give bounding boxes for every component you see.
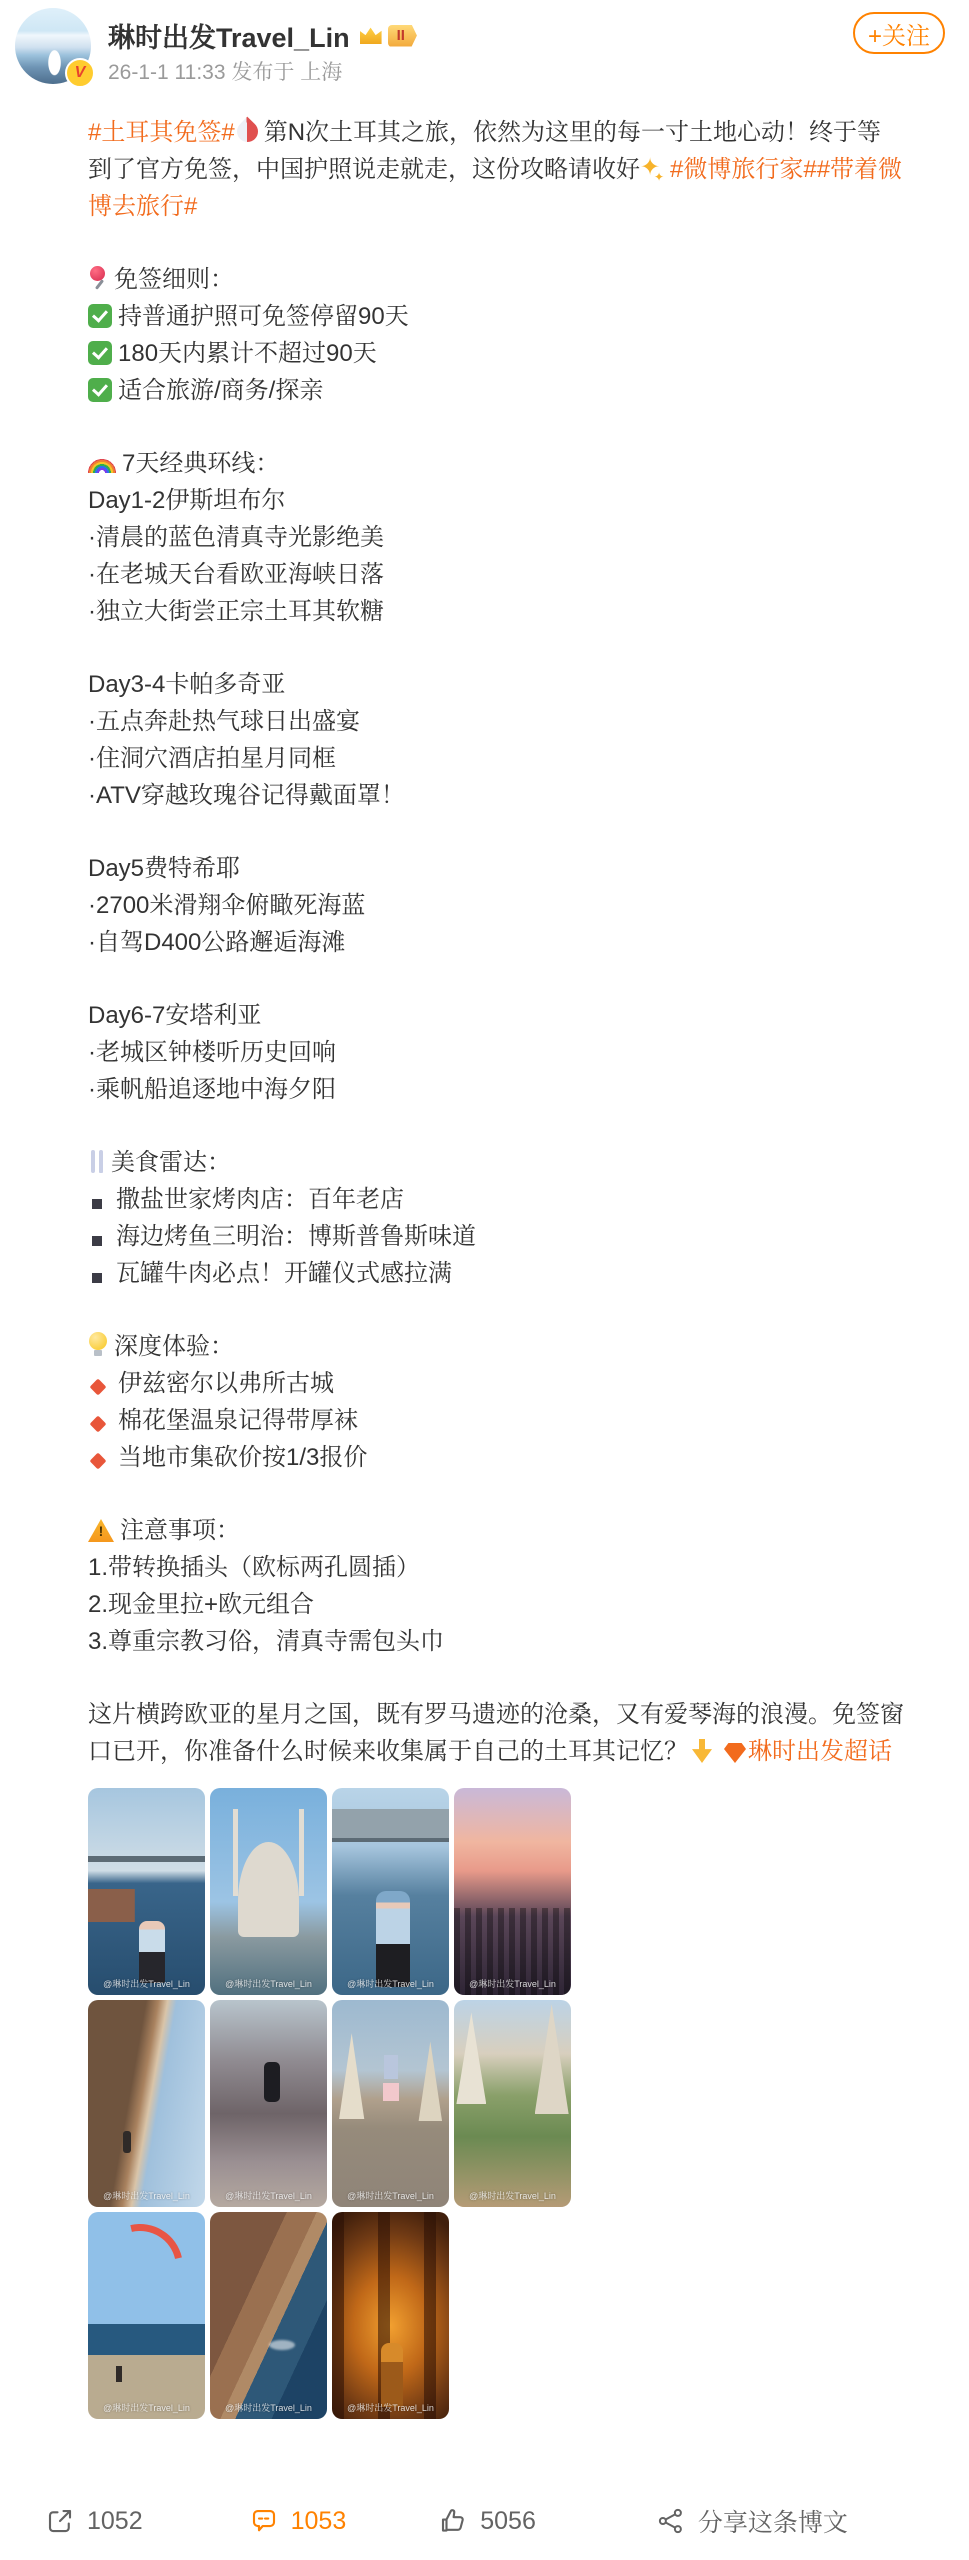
- post-paragraph: 深度体验：伊兹密尔以弗所古城棉花堡温泉记得带厚袜当地市集砍价按1/3报价: [88, 1328, 905, 1476]
- image-watermark: @琳时出发Travel_Lin: [332, 2189, 449, 2202]
- point-down-icon: [692, 1739, 712, 1763]
- post-text: 7天经典环线：: [122, 450, 279, 477]
- post-text: Day5费特希耶: [88, 855, 240, 882]
- action-bar: 1052 1053 5056 分享这条博文: [45, 2503, 969, 2539]
- username[interactable]: 琳时出发Travel_Lin: [108, 16, 350, 55]
- hashtag-link[interactable]: #土耳其免签#: [88, 119, 235, 146]
- hashtag-link[interactable]: #微博旅行家#: [670, 156, 817, 183]
- post-paragraph: 注意事项：1.带转换插头（欧标两孔圆插）2.现金里拉+欧元组合3.尊重宗教习俗，…: [88, 1512, 905, 1660]
- gallery-image-ortakoy-mosque[interactable]: @琳时出发Travel_Lin: [210, 1788, 327, 1995]
- bulb-icon: [88, 1332, 108, 1358]
- check-icon: [88, 304, 112, 328]
- gallery-image-paraglider-beach[interactable]: @琳时出发Travel_Lin: [88, 2212, 205, 2419]
- repost-icon: [45, 2506, 75, 2536]
- vip-level-badge: II: [388, 25, 417, 47]
- post-text: ·清晨的蓝色清真寺光影绝美: [88, 524, 384, 551]
- post-text: 海边烤鱼三明治：博斯普鲁斯味道: [116, 1223, 476, 1250]
- post-text: 棉花堡温泉记得带厚袜: [118, 1407, 358, 1434]
- post-text: 撒盐世家烤肉店：百年老店: [116, 1186, 404, 1213]
- like-count: 5056: [480, 2507, 536, 2536]
- comment-button[interactable]: 1053: [249, 2506, 347, 2536]
- gallery-image-orange-stone-hall-girl[interactable]: @琳时出发Travel_Lin: [332, 2212, 449, 2419]
- verified-badge-icon: V: [65, 58, 95, 88]
- post-text: 180天内累计不超过90天: [118, 340, 377, 367]
- image-gallery: @琳时出发Travel_Lin@琳时出发Travel_Lin@琳时出发Trave…: [88, 1788, 576, 2419]
- check-icon: [88, 378, 112, 402]
- image-watermark: @琳时出发Travel_Lin: [210, 2189, 327, 2202]
- follow-button[interactable]: +关注: [853, 12, 945, 54]
- post-text: Day1-2伊斯坦布尔: [88, 487, 285, 514]
- post-paragraph: 这片横跨欧亚的星月之国，既有罗马遗迹的沧桑，又有爱琴海的浪漫。免签窗口已开，你准…: [88, 1696, 905, 1770]
- image-watermark: @琳时出发Travel_Lin: [88, 2401, 205, 2414]
- like-button[interactable]: 5056: [438, 2506, 536, 2536]
- gallery-image-sea-cliff-rocks[interactable]: @琳时出发Travel_Lin: [210, 2212, 327, 2419]
- sparkles-icon: [640, 155, 664, 181]
- post-content: #土耳其免签#第N次土耳其之旅，依然为这里的每一寸土地心动！终于等到了官方免签，…: [88, 114, 905, 1770]
- image-watermark: @琳时出发Travel_Lin: [332, 1977, 449, 1990]
- gallery-image-bosphorus-bridge-girl-boat[interactable]: @琳时出发Travel_Lin: [88, 1788, 205, 1995]
- image-watermark: @琳时出发Travel_Lin: [454, 2189, 571, 2202]
- post-paragraph: #土耳其免签#第N次土耳其之旅，依然为这里的每一寸土地心动！终于等到了官方免签，…: [88, 114, 905, 225]
- post-paragraph: 美食雷达：撒盐世家烤肉店：百年老店海边烤鱼三明治：博斯普鲁斯味道瓦罐牛肉必点！开…: [88, 1144, 905, 1292]
- image-watermark: @琳时出发Travel_Lin: [210, 1977, 327, 1990]
- gallery-image-bridge-boat-girl-blue-cap[interactable]: @琳时出发Travel_Lin: [332, 1788, 449, 1995]
- post-text: 当地市集砍价按1/3报价: [118, 1444, 367, 1471]
- post-text: 适合旅游/商务/探亲: [118, 377, 323, 404]
- post-text: ·在老城天台看欧亚海峡日落: [88, 561, 384, 588]
- diamond-bullet-icon: [90, 1379, 107, 1396]
- post-text: 注意事项：: [120, 1517, 240, 1544]
- post-text: Day6-7安塔利亚: [88, 1002, 261, 1029]
- post-paragraph: Day3-4卡帕多奇亚·五点奔赴热气球日出盛宴·住洞穴酒店拍星月同框·ATV穿越…: [88, 666, 905, 814]
- post-paragraph: 免签细则：持普通护照可免签停留90天180天内累计不超过90天适合旅游/商务/探…: [88, 261, 905, 409]
- warning-icon: [88, 1519, 114, 1542]
- image-watermark: @琳时出发Travel_Lin: [454, 1977, 571, 1990]
- image-watermark: @琳时出发Travel_Lin: [210, 2401, 327, 2414]
- timestamp: 26-1-1 11:33 发布于 上海: [108, 56, 342, 86]
- like-icon: [438, 2506, 468, 2536]
- post-paragraph: Day6-7安塔利亚·老城区钟楼听历史回响·乘帆船追逐地中海夕阳: [88, 997, 905, 1108]
- post-text: 2.现金里拉+欧元组合: [88, 1591, 314, 1618]
- post-text: 伊兹密尔以弗所古城: [118, 1370, 334, 1397]
- post-text: 持普通护照可免签停留90天: [118, 303, 409, 330]
- comment-count: 1053: [291, 2507, 347, 2536]
- post-header: V 琳时出发Travel_Lin II 26-1-1 11:33 发布于 上海 …: [0, 0, 969, 104]
- pin-icon: [88, 266, 108, 291]
- post-text: 瓦罐牛肉必点！开罐仪式感拉满: [116, 1260, 452, 1287]
- post-text: 1.带转换插头（欧标两孔圆插）: [88, 1554, 420, 1581]
- check-icon: [88, 341, 112, 365]
- post-text: ·ATV穿越玫瑰谷记得戴面罩！: [88, 782, 405, 809]
- gallery-image-rooftop-terrace-umbrellas[interactable]: @琳时出发Travel_Lin: [332, 2000, 449, 2207]
- square-bullet-icon: [92, 1273, 102, 1283]
- post-text: 深度体验：: [114, 1333, 234, 1360]
- post-text: Day3-4卡帕多奇亚: [88, 671, 285, 698]
- image-watermark: @琳时出发Travel_Lin: [332, 2401, 449, 2414]
- rocket-icon: [232, 117, 262, 147]
- rainbow-icon: [88, 459, 116, 473]
- post-text: 免签细则：: [114, 266, 234, 293]
- avatar[interactable]: V: [15, 8, 91, 84]
- post-text: 美食雷达：: [111, 1149, 231, 1176]
- square-bullet-icon: [92, 1199, 102, 1209]
- hashtag-link[interactable]: 琳时出发超话: [748, 1738, 892, 1765]
- repost-button[interactable]: 1052: [45, 2506, 143, 2536]
- gallery-image-cappadocia-valley-horse-riders[interactable]: @琳时出发Travel_Lin: [454, 2000, 571, 2207]
- share-icon: [656, 2506, 686, 2536]
- diamond-bullet-icon: [90, 1453, 107, 1470]
- supertopic-gem-icon: [724, 1743, 746, 1763]
- post-text: ·2700米滑翔伞俯瞰死海蓝: [88, 892, 365, 919]
- post-text: ·自驾D400公路邂逅海滩: [88, 929, 345, 956]
- post-text: ·五点奔赴热气球日出盛宴: [88, 708, 360, 735]
- post-paragraph: 7天经典环线：Day1-2伊斯坦布尔·清晨的蓝色清真寺光影绝美·在老城天台看欧亚…: [88, 445, 905, 630]
- fork-knife-icon: [88, 1149, 105, 1174]
- gallery-image-cappadocia-rock-walker[interactable]: @琳时出发Travel_Lin: [88, 2000, 205, 2207]
- gallery-image-rose-valley-hiker[interactable]: @琳时出发Travel_Lin: [210, 2000, 327, 2207]
- gallery-image-sunset-city-skyline[interactable]: @琳时出发Travel_Lin: [454, 1788, 571, 1995]
- repost-count: 1052: [87, 2507, 143, 2536]
- share-label: 分享这条博文: [698, 2503, 848, 2539]
- post-text: 3.尊重宗教习俗，清真寺需包头巾: [88, 1628, 444, 1655]
- share-button[interactable]: 分享这条博文: [656, 2503, 848, 2539]
- image-watermark: @琳时出发Travel_Lin: [88, 1977, 205, 1990]
- image-watermark: @琳时出发Travel_Lin: [88, 2189, 205, 2202]
- comment-icon: [249, 2506, 279, 2536]
- post-text: ·乘帆船追逐地中海夕阳: [88, 1076, 336, 1103]
- post-text: ·老城区钟楼听历史回响: [88, 1039, 336, 1066]
- post-text: ·独立大街尝正宗土耳其软糖: [88, 598, 384, 625]
- diamond-bullet-icon: [90, 1416, 107, 1433]
- post-paragraph: Day5费特希耶·2700米滑翔伞俯瞰死海蓝·自驾D400公路邂逅海滩: [88, 850, 905, 961]
- crown-icon: [360, 27, 382, 44]
- square-bullet-icon: [92, 1236, 102, 1246]
- post-text: ·住洞穴酒店拍星月同框: [88, 745, 336, 772]
